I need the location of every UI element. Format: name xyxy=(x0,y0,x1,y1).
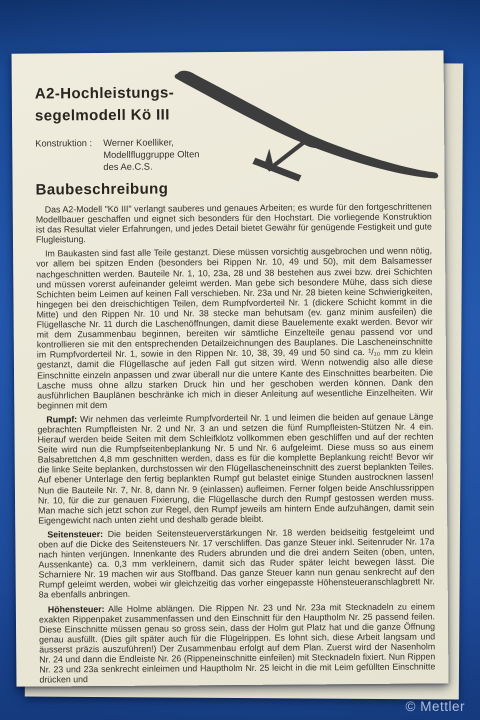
kit-parts-paragraph-text: Im Baukasten sind fast alle Teile gestan… xyxy=(36,246,433,411)
glider-illustration xyxy=(162,60,441,186)
hoehensteuer-lead: Höhensteuer: xyxy=(48,604,105,614)
intro-paragraph-text: Das A2-Modell "Kö III" verlangt sauberes… xyxy=(36,201,432,244)
rumpf-paragraph-text: Wir nehmen das verleimte Rumpfvorderteil… xyxy=(37,411,434,525)
instruction-sheet: A2-Hochleistungs- segelmodell Kö III Kon… xyxy=(12,50,449,686)
construction-label: Konstruktion : xyxy=(35,137,103,174)
hoehensteuer-paragraph-text: Alle Holme ablängen. Die Rippen Nr. 23 u… xyxy=(39,601,435,685)
intro-paragraph: Das A2-Modell "Kö III" verlangt sauberes… xyxy=(36,201,432,244)
copyright-watermark: © Mettler xyxy=(406,699,465,714)
hoehensteuer-paragraph: Höhensteuer: Alle Holme ablängen. Die Ri… xyxy=(39,601,436,685)
photo-background: A2-Hochleistungs- segelmodell Kö III Kon… xyxy=(0,0,480,720)
rumpf-lead: Rumpf: xyxy=(46,414,77,424)
kit-parts-paragraph: Im Baukasten sind fast alle Teile gestan… xyxy=(36,246,433,411)
rumpf-paragraph: Rumpf: Wir nehmen das verleimte Rumpfvor… xyxy=(37,411,434,525)
seitensteuer-paragraph: Seitensteuer: Die beiden Seitensteuerver… xyxy=(38,526,435,600)
seitensteuer-lead: Seitensteuer: xyxy=(47,529,103,539)
